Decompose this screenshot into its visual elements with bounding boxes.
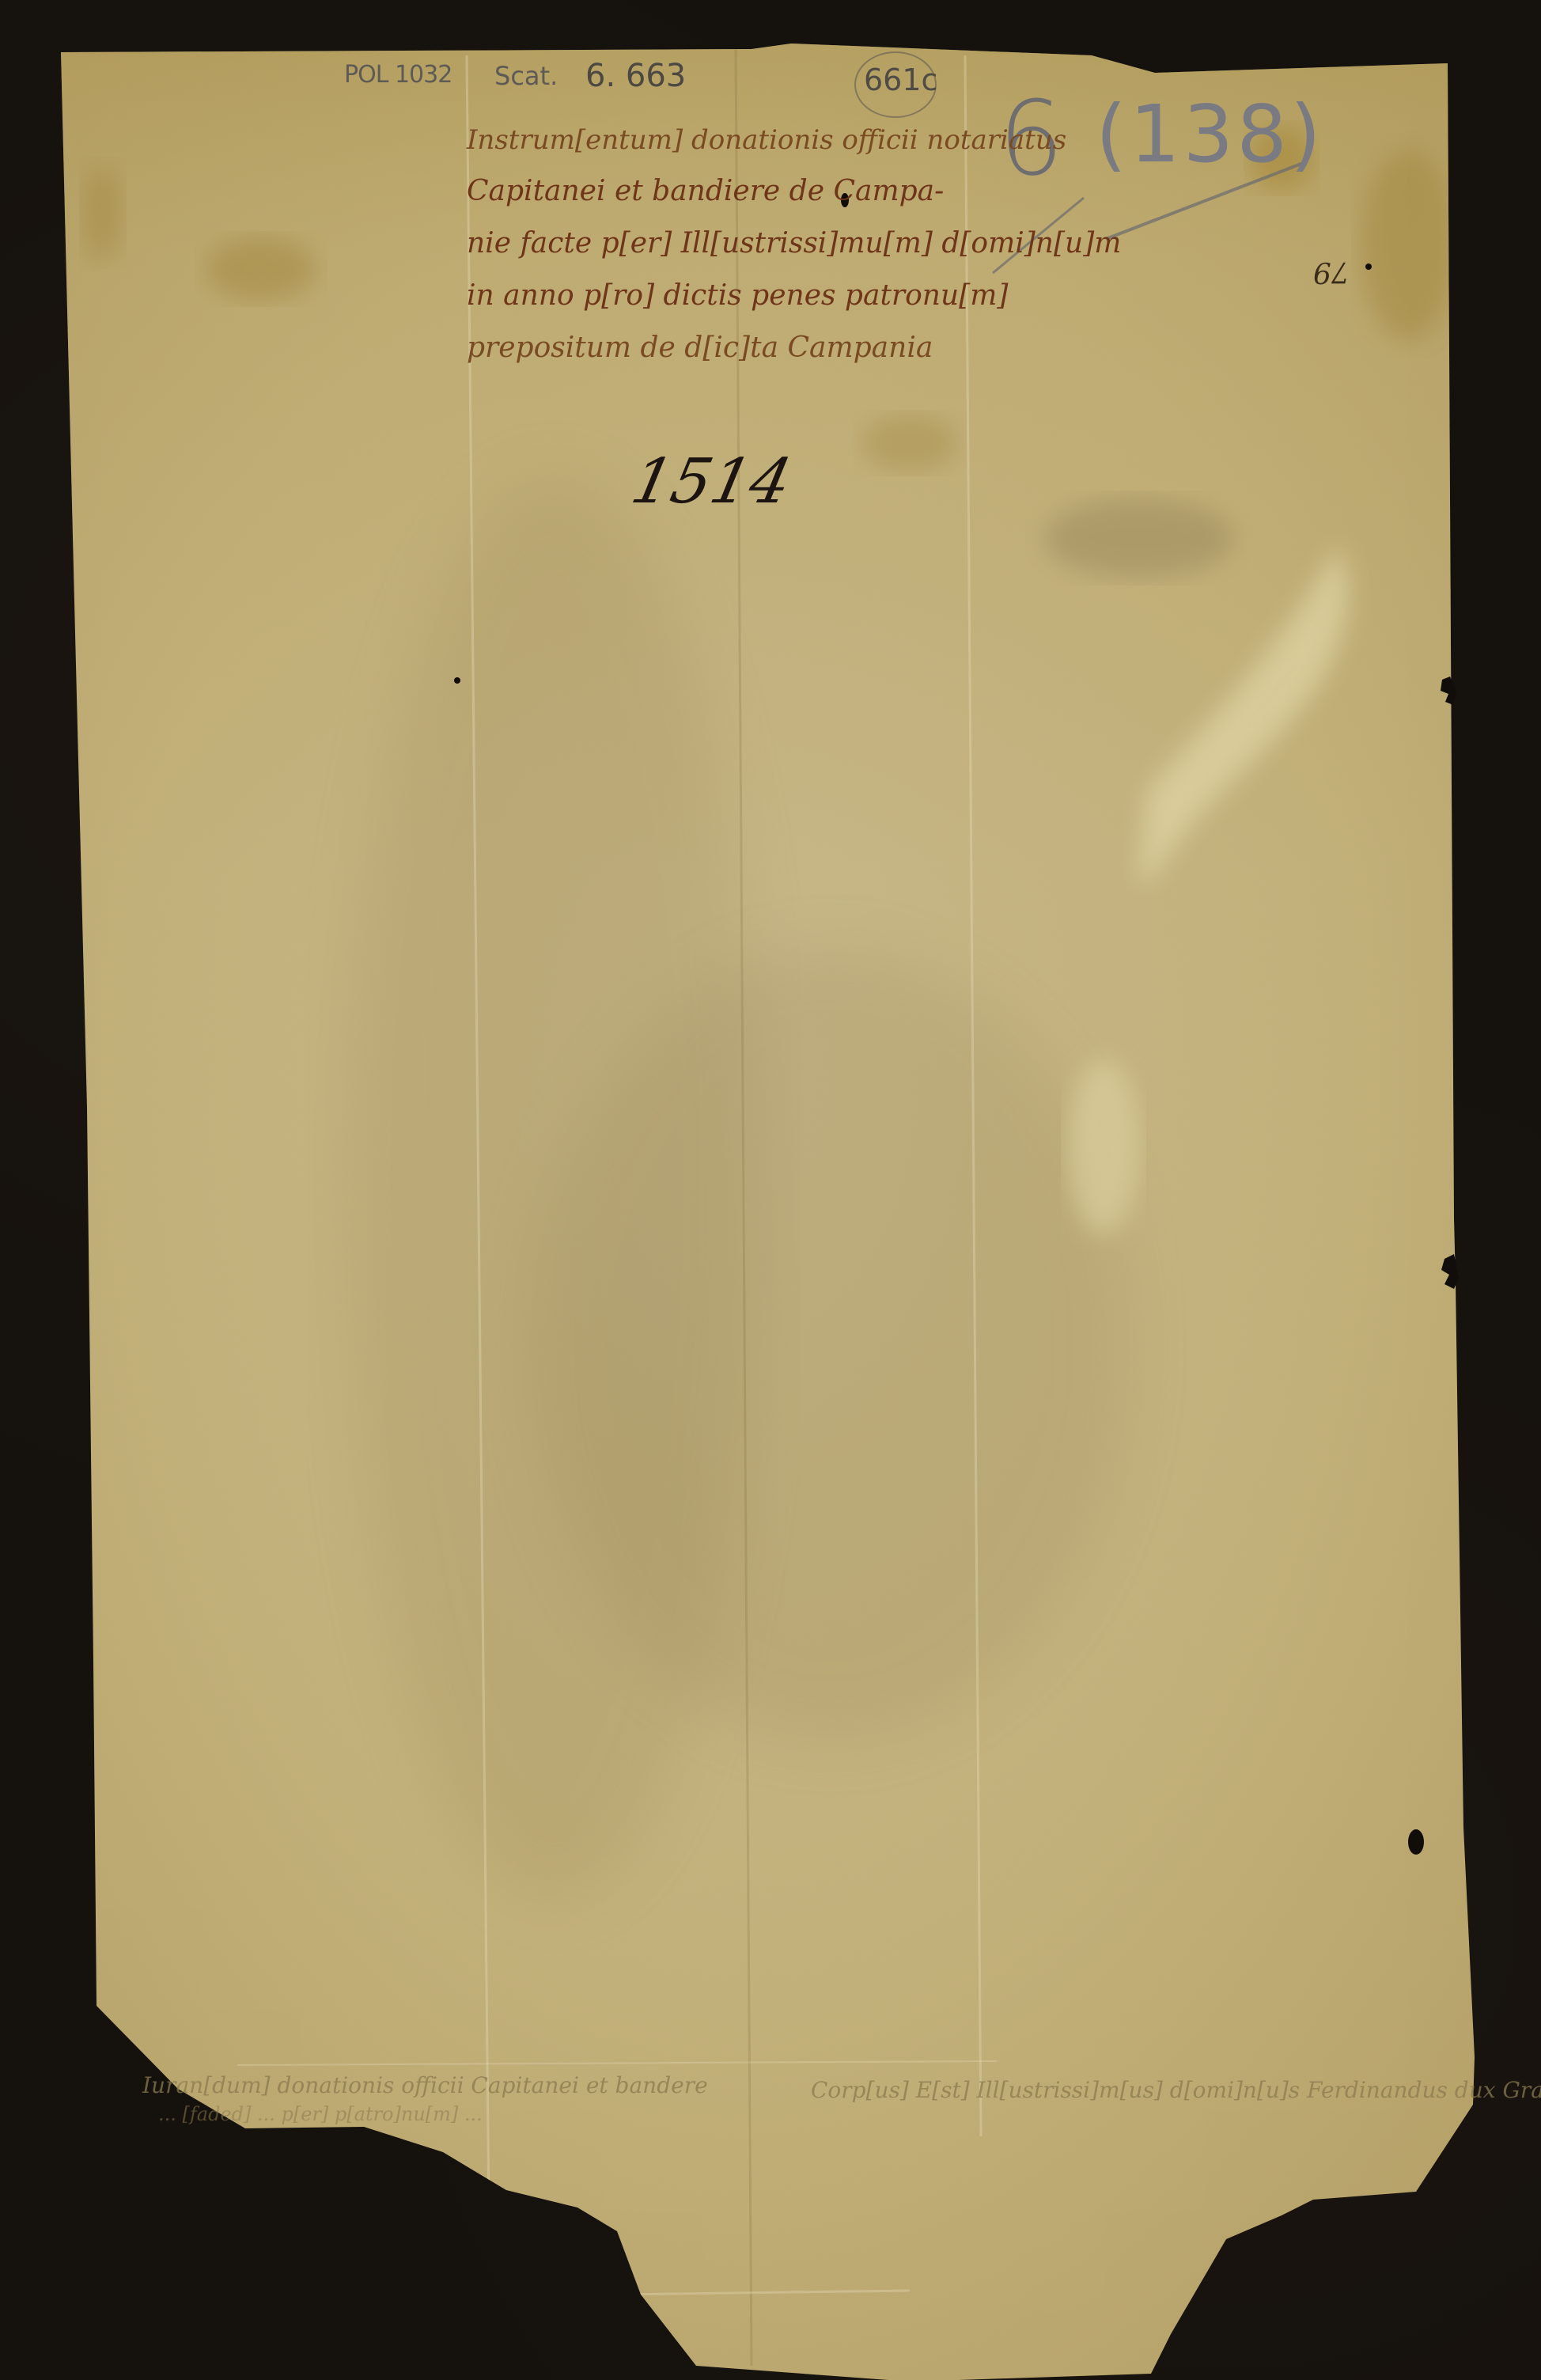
endorsement-line-2: Capitanei et bandiere de Campa-	[467, 177, 1121, 206]
bottom-note-right: Corp[us] E[st] Ill[ustrissi]m[us] d[omi]…	[811, 2079, 1541, 2101]
scat-number: 6. 663	[585, 60, 686, 92]
year-annotation: 1514	[627, 451, 797, 513]
endorsement-line-4: in anno p[ro] dictis penes patronu[m]	[467, 282, 1121, 310]
circled-number: 661c	[864, 65, 937, 95]
margin-number: 79	[1313, 257, 1350, 286]
parenthesized-number: (138)	[1096, 95, 1324, 174]
endorsement-block: Instrum[entum] donationis officii notari…	[467, 127, 1121, 362]
shelfmark-pencil: POL 1032	[344, 63, 452, 87]
bottom-note-left-1: Iuran[dum] donationis officii Capitanei …	[142, 2075, 708, 2097]
endorsement-line-1: Instrum[entum] donationis officii notari…	[467, 127, 1121, 153]
bottom-note-left-2: ... [faded] ... p[er] p[atro]nu[m] ...	[158, 2105, 483, 2124]
scat-label: Scat.	[494, 63, 558, 89]
endorsement-line-3: nie facte p[er] Ill[ustrissi]mu[m] d[omi…	[467, 229, 1121, 258]
endorsement-line-5: prepositum de d[ic]ta Campania	[467, 334, 1121, 362]
